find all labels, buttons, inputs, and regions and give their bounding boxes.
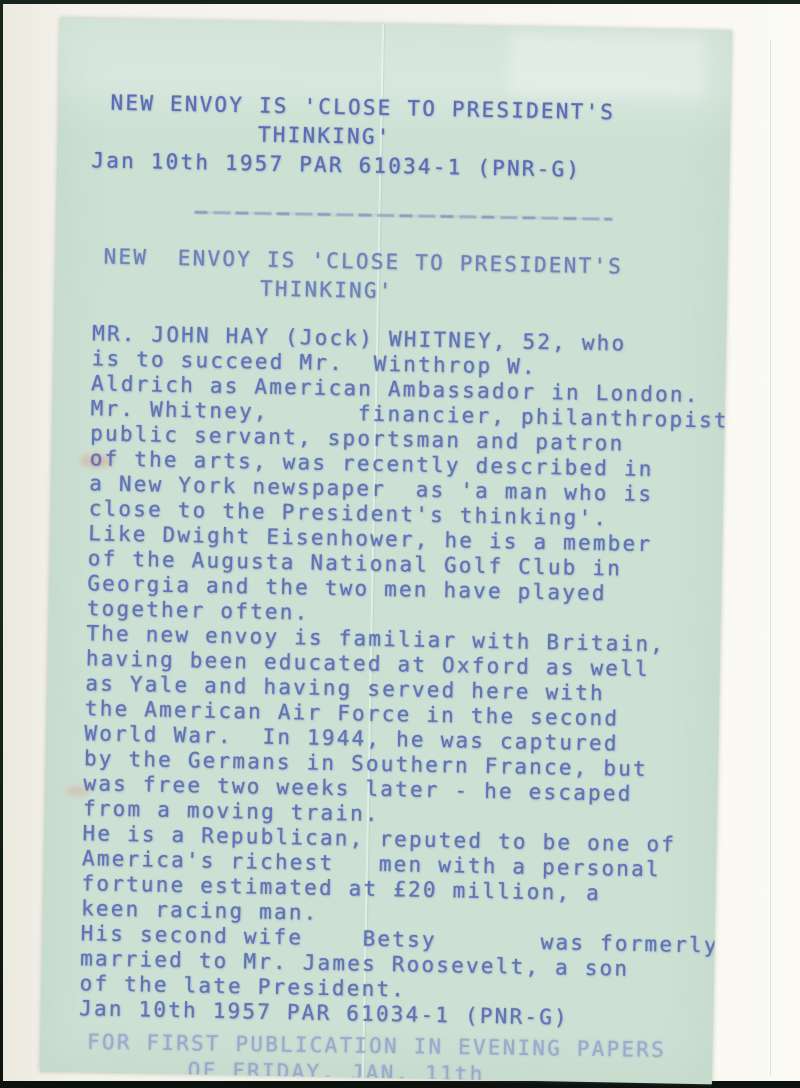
caption-sheet: NEW ENVOY IS 'CLOSE TO PRESIDENT'S THINK…	[40, 18, 732, 1085]
press-caption-photo: NEW ENVOY IS 'CLOSE TO PRESIDENT'S THINK…	[0, 0, 800, 1088]
publication-release-stamp: FOR FIRST PUBLICATION IN EVENING PAPERS …	[43, 19, 730, 1082]
release-stamp-line1: FOR FIRST PUBLICATION IN EVENING PAPERS	[87, 1030, 666, 1062]
backing-paper-seam	[770, 40, 771, 1076]
